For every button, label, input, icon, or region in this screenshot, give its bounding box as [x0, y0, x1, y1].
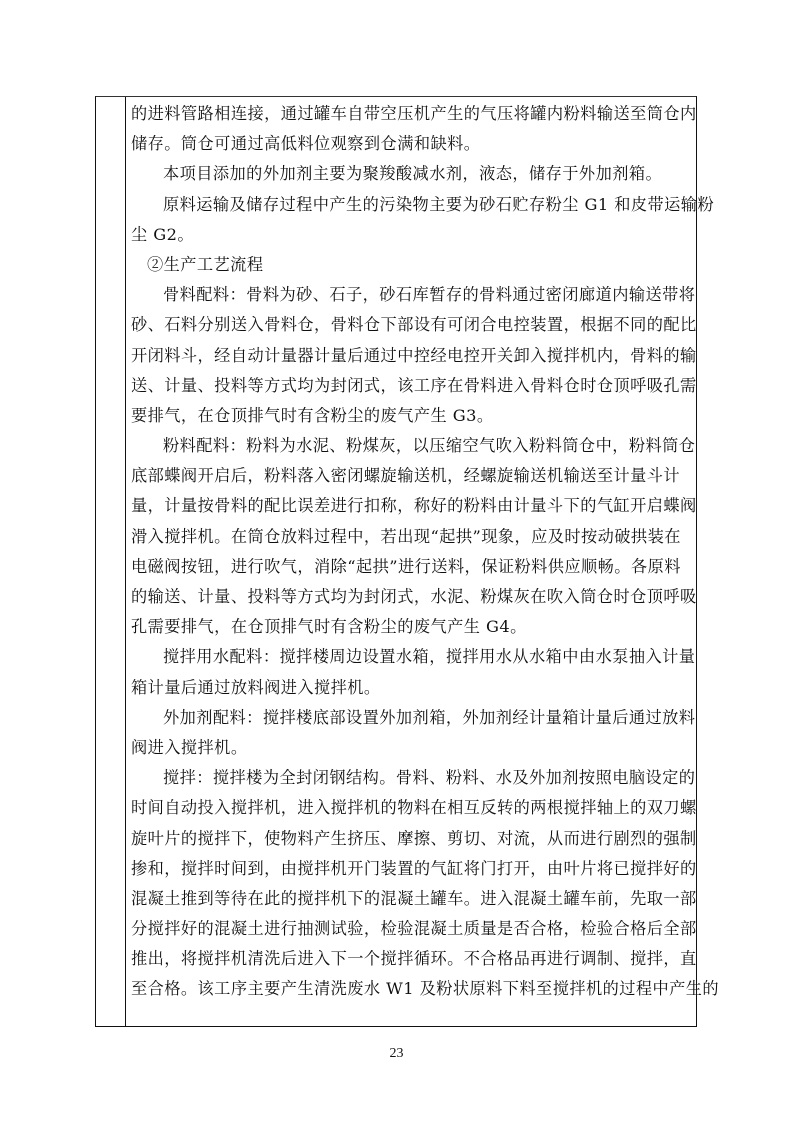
text-line: 掺和，搅拌时间到，由搅拌机开门装置的气缸将门打开，由叶片将已搅拌好的 [131, 854, 690, 884]
text-line: 砂、石料分别送入骨料仓，骨料仓下部设有可闭合电控装置，根据不同的配比 [131, 310, 690, 340]
text-line: 搅拌用水配料：搅拌楼周边设置水箱，搅拌用水从水箱中由水泵抽入计量 [131, 642, 690, 672]
text-line: 孔需要排气，在仓顶排气时有含粉尘的废气产生 G4。 [131, 612, 690, 642]
text-line: 电磁阀按钮，进行吹气，消除“起拱”进行送料，保证粉料供应顺畅。各原料 [131, 552, 690, 582]
text-line: 时间自动投入搅拌机，进入搅拌机的物料在相互反转的两根搅拌轴上的双刀螺 [131, 793, 690, 823]
text-line: 推出，将搅拌机清洗后进入下一个搅拌循环。不合格品再进行调制、搅拌，直 [131, 944, 690, 974]
page-number: 23 [0, 1046, 793, 1062]
text-line: ②生产工艺流程 [131, 250, 690, 280]
text-line: 量，计量按骨料的配比误差进行扣称，称好的粉料由计量斗下的气缸开启蝶阀 [131, 491, 690, 521]
text-line: 原料运输及储存过程中产生的污染物主要为砂石贮存粉尘 G1 和皮带运输粉 [131, 190, 690, 220]
text-line: 分搅拌好的混凝土进行抽测试验，检验混凝土质量是否合格，检验合格后全部 [131, 914, 690, 944]
text-line: 箱计量后通过放料阀进入搅拌机。 [131, 673, 690, 703]
text-line: 尘 G2。 [131, 220, 690, 250]
content-table: 的进料管路相连接，通过罐车自带空压机产生的气压将罐内粉料输送至筒仓内储存。筒仓可… [95, 96, 697, 1027]
table-content-cell: 的进料管路相连接，通过罐车自带空压机产生的气压将罐内粉料输送至筒仓内储存。筒仓可… [127, 97, 696, 1026]
text-line: 外加剂配料：搅拌楼底部设置外加剂箱，外加剂经计量箱计量后通过放料 [131, 703, 690, 733]
text-line: 送、计量、投料等方式均为封闭式，该工序在骨料进入骨料仓时仓顶呼吸孔需 [131, 371, 690, 401]
text-line: 储存。筒仓可通过高低料位观察到仓满和缺料。 [131, 129, 690, 159]
text-line: 的进料管路相连接，通过罐车自带空压机产生的气压将罐内粉料输送至筒仓内 [131, 99, 690, 129]
text-line: 开闭料斗，经自动计量器计量后通过中控经电控开关卸入搅拌机内，骨料的输 [131, 341, 690, 371]
text-line: 本项目添加的外加剂主要为聚羧酸减水剂，液态，储存于外加剂箱。 [131, 159, 690, 189]
text-line: 旋叶片的搅拌下，使物料产生挤压、摩擦、剪切、对流，从而进行剧烈的强制 [131, 824, 690, 854]
table-label-cell [96, 97, 126, 1026]
text-line: 混凝土推到等待在此的搅拌机下的混凝土罐车。进入混凝土罐车前，先取一部 [131, 884, 690, 914]
text-line: 的输送、计量、投料等方式均为封闭式，水泥、粉煤灰在吹入筒仓时仓顶呼吸 [131, 582, 690, 612]
text-line: 底部蝶阀开启后，粉料落入密闭螺旋输送机，经螺旋输送机输送至计量斗计 [131, 461, 690, 491]
text-line: 搅拌：搅拌楼为全封闭钢结构。骨料、粉料、水及外加剂按照电脑设定的 [131, 763, 690, 793]
text-line: 至合格。该工序主要产生清洗废水 W1 及粉状原料下料至搅拌机的过程中产生的 [131, 974, 690, 1004]
text-line: 粉料配料：粉料为水泥、粉煤灰，以压缩空气吹入粉料筒仓中，粉料筒仓 [131, 431, 690, 461]
text-line: 骨料配料：骨料为砂、石子，砂石库暂存的骨料通过密闭廊道内输送带将 [131, 280, 690, 310]
text-line: 要排气，在仓顶排气时有含粉尘的废气产生 G3。 [131, 401, 690, 431]
text-line: 阀进入搅拌机。 [131, 733, 690, 763]
text-line: 滑入搅拌机。在筒仓放料过程中，若出现“起拱”现象，应及时按动破拱装在 [131, 522, 690, 552]
